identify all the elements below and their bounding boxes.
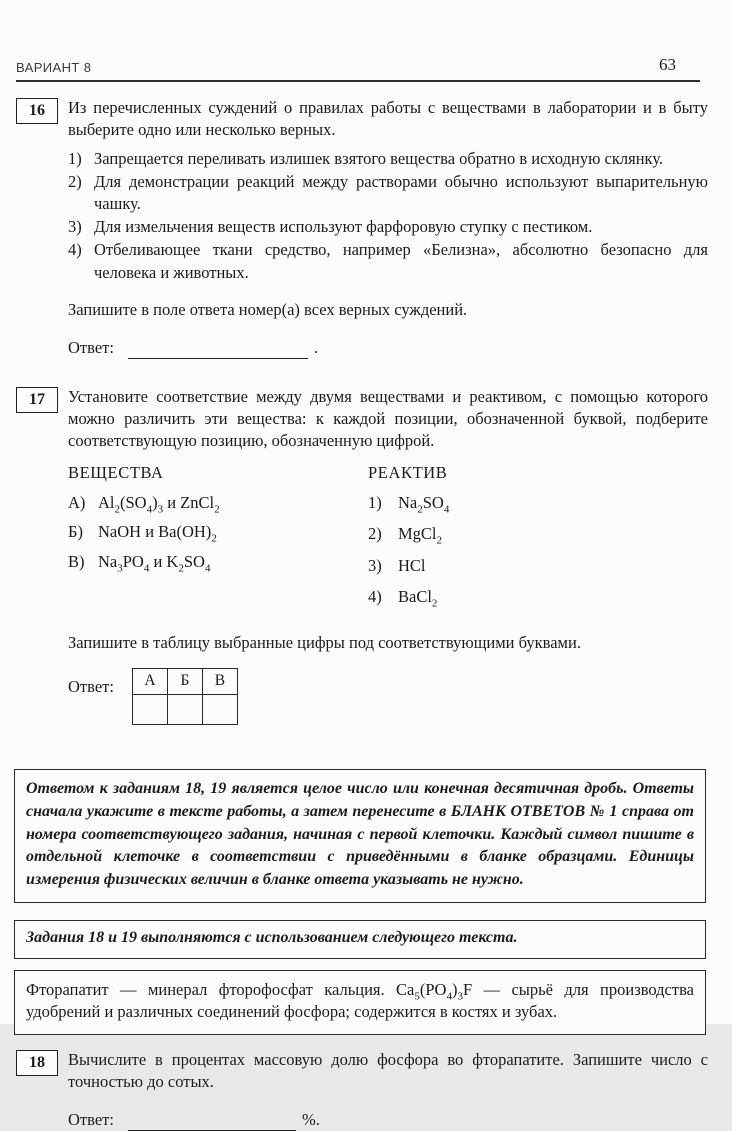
answer-table-header-b: Б xyxy=(167,668,202,694)
reagent-1-formula: Na2SO4 xyxy=(398,492,449,514)
question-18-prompt: Вычислите в процентах массовую долю фосф… xyxy=(68,1049,708,1093)
question-16: 16 Из перечисленных суждений о правилах … xyxy=(14,97,708,359)
statement-4-text: Отбеливающее ткани средство, например «Б… xyxy=(94,239,708,283)
statement-1-text: Запрещается переливать излишек взятого в… xyxy=(94,148,708,170)
question-16-number-box: 16 xyxy=(16,98,58,124)
statement-4-number: 4) xyxy=(68,239,94,261)
question-16-body: Из перечисленных суждений о правилах раб… xyxy=(68,97,708,359)
substance-a-formula: Al2(SO4)3 и ZnCl2 xyxy=(98,492,220,514)
answer-format-notice: Ответом к заданиям 18, 19 является целое… xyxy=(14,769,706,903)
substance-b-formula: NaOH и Ba(OH)2 xyxy=(98,521,217,543)
reagent-4-formula: BaCl2 xyxy=(398,586,437,608)
statement-2-number: 2) xyxy=(68,171,94,193)
statement-3: 3) Для измельчения веществ используют фа… xyxy=(68,216,708,238)
answer-blank-16[interactable] xyxy=(128,343,308,359)
answer-blank-18[interactable] xyxy=(128,1115,296,1131)
substance-b: Б) NaOH и Ba(OH)2 xyxy=(68,521,368,543)
substances-header: ВЕЩЕСТВА xyxy=(68,462,368,484)
matching-columns: ВЕЩЕСТВА А) Al2(SO4)3 и ZnCl2 Б) NaOH и … xyxy=(68,462,708,617)
question-16-instruction: Запишите в поле ответа номер(а) всех вер… xyxy=(68,299,708,321)
reagent-2: 2) MgCl2 xyxy=(368,523,708,545)
reagent-4-number: 4) xyxy=(368,586,398,608)
question-18-number-box: 18 xyxy=(16,1050,58,1076)
question-18-answer-row: Ответ: %. xyxy=(68,1109,708,1131)
reagent-2-number: 2) xyxy=(368,523,398,545)
reagent-1: 1) Na2SO4 xyxy=(368,492,708,514)
answer-suffix: %. xyxy=(302,1109,320,1131)
answer-label: Ответ: xyxy=(68,337,114,359)
variant-label: ВАРИАНТ 8 xyxy=(14,59,91,76)
statement-3-number: 3) xyxy=(68,216,94,238)
reagent-3-formula: HCl xyxy=(398,555,426,577)
statement-2-text: Для демонстрации реакций между растворам… xyxy=(94,171,708,215)
question-17-body: Установите соответствие между двумя веще… xyxy=(68,386,708,725)
reagent-2-formula: MgCl2 xyxy=(398,523,442,545)
answer-cell-a[interactable] xyxy=(132,694,167,724)
question-16-answer-row: Ответ: . xyxy=(68,337,708,359)
reagents-column: РЕАКТИВ 1) Na2SO4 2) MgCl2 3) HCl 4) xyxy=(368,462,708,617)
answer-table-header-a: А xyxy=(132,668,167,694)
page-number: 63 xyxy=(659,54,708,77)
answer-cell-v[interactable] xyxy=(202,694,237,724)
source-text: Фторапатит — минерал фторофосфат кальция… xyxy=(14,970,706,1035)
question-17-answer-row: Ответ: А Б В xyxy=(68,668,708,725)
question-18: 18 Вычислите в процентах массовую долю ф… xyxy=(14,1049,708,1131)
question-16-prompt: Из перечисленных суждений о правилах раб… xyxy=(68,97,708,141)
substance-v-letter: В) xyxy=(68,551,98,573)
question-16-statements: 1) Запрещается переливать излишек взятог… xyxy=(68,148,708,284)
substance-b-letter: Б) xyxy=(68,521,98,543)
answer-cell-b[interactable] xyxy=(167,694,202,724)
question-18-body: Вычислите в процентах массовую долю фосф… xyxy=(68,1049,708,1131)
reagent-3: 3) HCl xyxy=(368,555,708,577)
statement-2: 2) Для демонстрации реакций между раство… xyxy=(68,171,708,215)
substance-a: А) Al2(SO4)3 и ZnCl2 xyxy=(68,492,368,514)
question-17-prompt: Установите соответствие между двумя веще… xyxy=(68,386,708,452)
question-17: 17 Установите соответствие между двумя в… xyxy=(14,386,708,725)
reagent-4: 4) BaCl2 xyxy=(368,586,708,608)
answer-table-header-row: А Б В xyxy=(132,668,237,694)
substance-v-formula: Na3PO4 и K2SO4 xyxy=(98,551,210,573)
answer-table-input-row xyxy=(132,694,237,724)
answer-suffix: . xyxy=(314,337,318,359)
answer-label: Ответ: xyxy=(68,676,114,698)
answer-label: Ответ: xyxy=(68,1109,114,1131)
question-17-number-box: 17 xyxy=(16,387,58,413)
question-17-instruction: Запишите в таблицу выбранные цифры под с… xyxy=(68,632,708,654)
reagent-1-number: 1) xyxy=(368,492,398,514)
header-rule xyxy=(16,80,700,82)
answer-table-header-v: В xyxy=(202,668,237,694)
reagent-3-number: 3) xyxy=(368,555,398,577)
exam-page: ВАРИАНТ 8 63 16 Из перечисленных суждени… xyxy=(0,0,732,1024)
statement-1: 1) Запрещается переливать излишек взятог… xyxy=(68,148,708,170)
statement-3-text: Для измельчения веществ используют фарфо… xyxy=(94,216,708,238)
statement-4: 4) Отбеливающее ткани средство, например… xyxy=(68,239,708,283)
tasks-18-19-intro: Задания 18 и 19 выполняются с использова… xyxy=(14,920,706,958)
answer-table: А Б В xyxy=(132,668,238,725)
page-header: ВАРИАНТ 8 63 xyxy=(14,54,708,77)
substance-a-letter: А) xyxy=(68,492,98,514)
substance-v: В) Na3PO4 и K2SO4 xyxy=(68,551,368,573)
substances-column: ВЕЩЕСТВА А) Al2(SO4)3 и ZnCl2 Б) NaOH и … xyxy=(68,462,368,617)
statement-1-number: 1) xyxy=(68,148,94,170)
reagents-header: РЕАКТИВ xyxy=(368,462,708,484)
